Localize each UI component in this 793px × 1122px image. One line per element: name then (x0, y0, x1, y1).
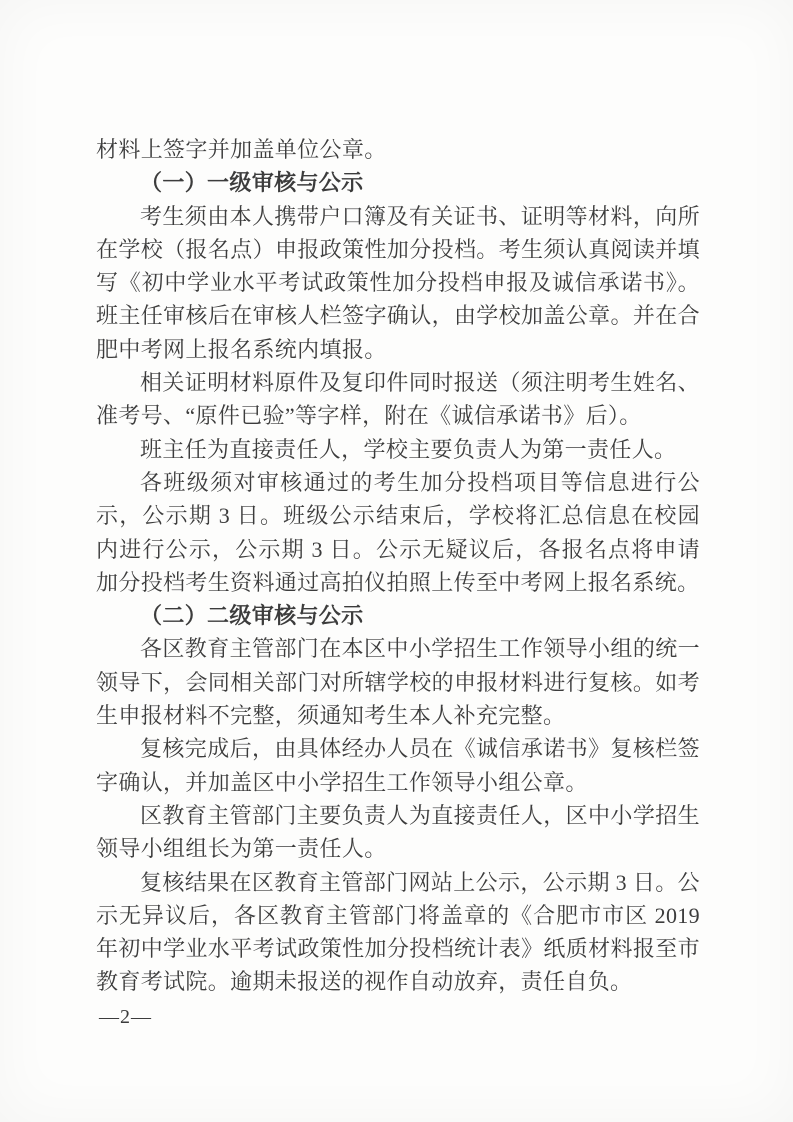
paragraph: 相关证明材料原件及复印件同时报送（须注明考生姓名、准考号、“原件已验”等字样，附… (96, 366, 700, 433)
paragraph: 各区教育主管部门在本区中小学招生工作领导小组的统一领导下，会同相关部门对所辖学校… (96, 632, 700, 732)
paragraph: 复核结果在区教育主管部门网站上公示，公示期 3 日。公示无异议后，各区教育主管部… (96, 866, 700, 999)
page-number: —2— (99, 1002, 152, 1032)
paragraph: 班主任为直接责任人，学校主要负责人为第一责任人。 (96, 433, 700, 466)
paragraph: 各班级须对审核通过的考生加分投档项目等信息进行公示，公示期 3 日。班级公示结束… (96, 466, 700, 599)
section-heading-second-level-review: （二）二级审核与公示 (96, 599, 700, 632)
paragraph: 考生须由本人携带户口簿及有关证书、证明等材料，向所在学校（报名点）申报政策性加分… (96, 200, 700, 366)
document-body: 材料上签字并加盖单位公章。 （一）一级审核与公示 考生须由本人携带户口簿及有关证… (96, 133, 700, 999)
document-page: 材料上签字并加盖单位公章。 （一）一级审核与公示 考生须由本人携带户口簿及有关证… (0, 0, 793, 1122)
section-heading-first-level-review: （一）一级审核与公示 (96, 166, 700, 199)
paragraph-continuation: 材料上签字并加盖单位公章。 (96, 133, 700, 166)
paragraph: 区教育主管部门主要负责人为直接责任人，区中小学招生领导小组组长为第一责任人。 (96, 799, 700, 866)
paragraph: 复核完成后，由具体经办人员在《诚信承诺书》复核栏签字确认，并加盖区中小学招生工作… (96, 732, 700, 799)
